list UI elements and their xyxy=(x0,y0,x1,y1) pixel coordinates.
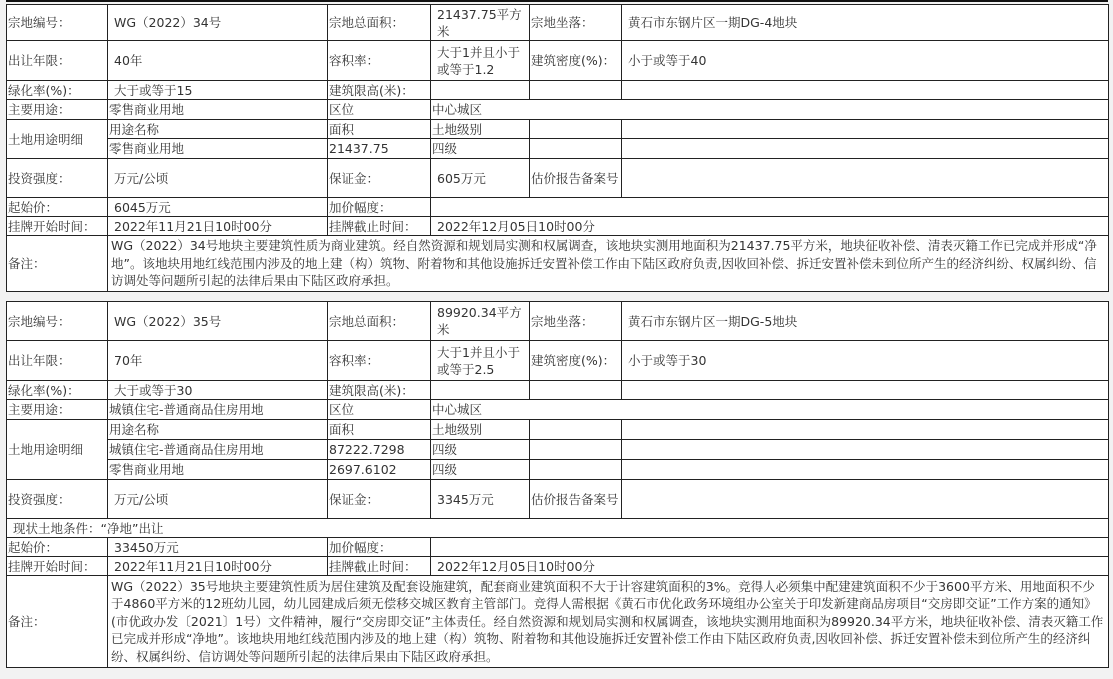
green-value: 大于或等于30 xyxy=(108,381,328,400)
empty-cell xyxy=(530,420,622,440)
invest-value: 万元/公顷 xyxy=(108,159,328,198)
start-price-label: 起始价： xyxy=(7,538,108,557)
increment-label: 加价幅度： xyxy=(328,198,431,217)
green-label: 绿化率(%)： xyxy=(7,381,108,400)
far-value: 大于1并且小于或等于1.2 xyxy=(431,41,530,81)
deposit-label: 保证金： xyxy=(328,159,431,198)
empty-cell xyxy=(622,139,1109,159)
empty-cell xyxy=(622,460,1109,480)
location-label: 宗地坐落： xyxy=(530,5,622,41)
detail-name: 零售商业用地 xyxy=(108,139,328,159)
increment-value xyxy=(431,538,1109,557)
term-value: 40年 xyxy=(108,41,328,81)
density-label: 建筑密度(%)： xyxy=(530,341,622,381)
detail-grade: 四级 xyxy=(431,460,530,480)
invest-label: 投资强度： xyxy=(7,480,108,519)
empty-cell xyxy=(530,120,622,139)
term-label: 出让年限： xyxy=(7,41,108,81)
density-value: 小于或等于40 xyxy=(622,41,1109,81)
use-value: 城镇住宅-普通商品住房用地 xyxy=(108,400,328,420)
far-value: 大于1并且小于或等于2.5 xyxy=(431,341,530,381)
code-value: WG（2022）35号 xyxy=(108,302,328,341)
area-value: 89920.34平方米 xyxy=(431,302,530,341)
empty-cell xyxy=(622,420,1109,440)
empty-cell xyxy=(622,381,1109,400)
list-end-value: 2022年12月05日10时00分 xyxy=(431,217,1109,236)
detail-row: 城镇住宅-普通商品住房用地 87222.7298 四级 xyxy=(7,440,1109,460)
empty-cell xyxy=(530,139,622,159)
list-end-label: 挂牌截止时间： xyxy=(328,557,431,576)
use-label: 主要用途： xyxy=(7,100,108,120)
list-start-label: 挂牌开始时间： xyxy=(7,557,108,576)
land-listing-page: 宗地编号： WG（2022）34号 宗地总面积： 21437.75平方米 宗地坐… xyxy=(0,0,1113,679)
detail-label: 土地用途明细 xyxy=(7,420,108,480)
far-label: 容积率： xyxy=(328,341,431,381)
term-value: 70年 xyxy=(108,341,328,381)
use-label: 主要用途： xyxy=(7,400,108,420)
appraisal-value xyxy=(622,480,1109,519)
appraisal-value xyxy=(622,159,1109,198)
empty-cell xyxy=(530,381,622,400)
detail-row: 零售商业用地 21437.75 四级 xyxy=(7,139,1109,159)
parcel-table-34: 宗地编号： WG（2022）34号 宗地总面积： 21437.75平方米 宗地坐… xyxy=(6,4,1109,292)
detail-header-grade: 土地级别 xyxy=(431,420,530,440)
start-price-label: 起始价： xyxy=(7,198,108,217)
appraisal-label: 估价报告备案号 xyxy=(530,159,622,198)
density-label: 建筑密度(%)： xyxy=(530,41,622,81)
deposit-value: 3345万元 xyxy=(431,480,530,519)
note-value: WG（2022）34号地块主要建筑性质为商业建筑。经自然资源和规划局实测和权属调… xyxy=(108,236,1109,292)
area-label: 宗地总面积： xyxy=(328,5,431,41)
start-price-value: 6045万元 xyxy=(108,198,328,217)
density-value: 小于或等于30 xyxy=(622,341,1109,381)
note-label: 备注： xyxy=(7,236,108,292)
detail-grade: 四级 xyxy=(431,139,530,159)
far-label: 容积率： xyxy=(328,41,431,81)
detail-label: 土地用途明细 xyxy=(7,120,108,159)
height-label: 建筑限高(米)： xyxy=(328,81,431,100)
detail-area: 21437.75 xyxy=(328,139,431,159)
detail-grade: 四级 xyxy=(431,440,530,460)
empty-cell xyxy=(622,81,1109,100)
detail-name: 城镇住宅-普通商品住房用地 xyxy=(108,440,328,460)
empty-cell xyxy=(530,460,622,480)
code-value: WG（2022）34号 xyxy=(108,5,328,41)
green-label: 绿化率(%)： xyxy=(7,81,108,100)
code-label: 宗地编号： xyxy=(7,302,108,341)
zone-label: 区位 xyxy=(328,400,431,420)
green-value: 大于或等于15 xyxy=(108,81,328,100)
top-rule xyxy=(6,0,1108,2)
deposit-label: 保证金： xyxy=(328,480,431,519)
detail-header-area: 面积 xyxy=(328,420,431,440)
use-value: 零售商业用地 xyxy=(108,100,328,120)
list-start-label: 挂牌开始时间： xyxy=(7,217,108,236)
list-end-label: 挂牌截止时间： xyxy=(328,217,431,236)
height-value xyxy=(431,81,530,100)
empty-cell xyxy=(530,81,622,100)
invest-label: 投资强度： xyxy=(7,159,108,198)
list-start-value: 2022年11月21日10时00分 xyxy=(108,217,328,236)
empty-cell xyxy=(622,120,1109,139)
start-price-value: 33450万元 xyxy=(108,538,328,557)
list-start-value: 2022年11月21日10时00分 xyxy=(108,557,328,576)
area-label: 宗地总面积： xyxy=(328,302,431,341)
empty-cell xyxy=(622,440,1109,460)
location-label: 宗地坐落： xyxy=(530,302,622,341)
parcel-table-35: 宗地编号： WG（2022）35号 宗地总面积： 89920.34平方米 宗地坐… xyxy=(6,301,1109,668)
empty-cell xyxy=(530,440,622,460)
detail-header-area: 面积 xyxy=(328,120,431,139)
detail-area: 87222.7298 xyxy=(328,440,431,460)
deposit-value: 605万元 xyxy=(431,159,530,198)
list-end-value: 2022年12月05日10时00分 xyxy=(431,557,1109,576)
code-label: 宗地编号： xyxy=(7,5,108,41)
note-label: 备注： xyxy=(7,576,108,668)
zone-value: 中心城区 xyxy=(431,100,1109,120)
detail-header-name: 用途名称 xyxy=(108,420,328,440)
term-label: 出让年限： xyxy=(7,341,108,381)
height-label: 建筑限高(米)： xyxy=(328,381,431,400)
invest-value: 万元/公顷 xyxy=(108,480,328,519)
detail-row: 零售商业用地 2697.6102 四级 xyxy=(7,460,1109,480)
note-value: WG（2022）35号地块主要建筑性质为居住建筑及配套设施建筑，配套商业建筑面积… xyxy=(108,576,1109,668)
area-value: 21437.75平方米 xyxy=(431,5,530,41)
detail-header-grade: 土地级别 xyxy=(431,120,530,139)
location-value: 黄石市东钢片区一期DG-4地块 xyxy=(622,5,1109,41)
detail-name: 零售商业用地 xyxy=(108,460,328,480)
height-value xyxy=(431,381,530,400)
zone-value: 中心城区 xyxy=(431,400,1109,420)
detail-area: 2697.6102 xyxy=(328,460,431,480)
land-condition: 现状土地条件：“净地”出让 xyxy=(7,519,1109,538)
detail-header-name: 用途名称 xyxy=(108,120,328,139)
appraisal-label: 估价报告备案号 xyxy=(530,480,622,519)
increment-label: 加价幅度： xyxy=(328,538,431,557)
increment-value xyxy=(431,198,1109,217)
location-value: 黄石市东钢片区一期DG-5地块 xyxy=(622,302,1109,341)
zone-label: 区位 xyxy=(328,100,431,120)
